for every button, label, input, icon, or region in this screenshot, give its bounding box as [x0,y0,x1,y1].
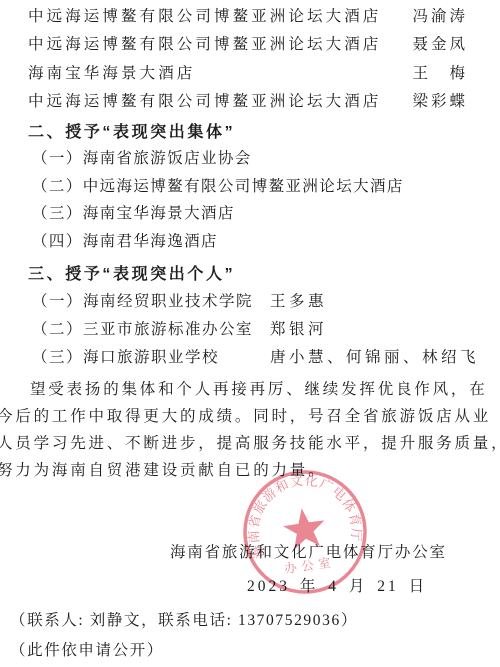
paragraph-line: 望受表扬的集体和个人再接再厉、继续发挥优良作风，在 [0,376,500,403]
award-org: 中远海运博鳌有限公司博鳌亚洲论坛大酒店 [28,3,381,31]
closing-paragraph: 望受表扬的集体和个人再接再厉、继续发挥优良作风，在 今后的工作中取得更大的成绩。… [0,376,500,484]
list-item: （二）中远海运博鳌有限公司博鳌亚洲论坛大酒店 [32,173,404,201]
award-org: 中远海运博鳌有限公司博鳌亚洲论坛大酒店 [28,88,381,116]
item-org: （三）海口旅游职业学校 [32,344,270,372]
contact-note: （联系人: 刘静文，联系电话: 13707529036） [10,606,358,636]
item-person-names: 唐小慧、何锦丽、林绍飞 [270,344,479,372]
list-item: （一）海南经贸职业技术学院 王多惠 [32,288,479,316]
section-three-heading: 三、授予“表现突出个人” [28,266,235,283]
section-two-heading: 二、授予“表现突出集体” [28,124,235,141]
paragraph-line: 今后的工作中取得更大的成绩。同时，号召全省旅游饭店从业 [0,403,500,430]
list-item: （一）海南省旅游饭店业协会 [32,145,404,173]
document-page: 中远海运博鳌有限公司博鳌亚洲论坛大酒店 冯渝涛 中远海运博鳌有限公司博鳌亚洲论坛… [0,0,500,667]
award-person-name: 冯渝涛 [412,3,468,31]
award-org: 中远海运博鳌有限公司博鳌亚洲论坛大酒店 [28,31,381,59]
item-org: （一）海南经贸职业技术学院 [32,288,270,316]
issuer-name: 海南省旅游和文化广电体育厅办公室 [170,544,447,562]
item-org: （二）三亚市旅游标准办公室 [32,316,270,344]
paragraph-line: 人员学习先进、不断进步，提高服务技能水平，提升服务质量， [0,430,500,457]
award-org: 海南宝华海景大酒店 [28,60,195,88]
paragraph-line: 努力为海南自贸港建设贡献自已的力量。 [0,457,500,484]
award-person-name: 聂金凤 [412,31,468,59]
award-row: 海南宝华海景大酒店 王 梅 [28,60,468,88]
award-person-name: 梁彩蝶 [412,88,468,116]
issue-date: 2023 年 4 月 21 日 [247,578,427,596]
award-row: 中远海运博鳌有限公司博鳌亚洲论坛大酒店 冯渝涛 [28,3,468,31]
list-item: （四）海南君华海逸酒店 [32,228,404,256]
section-three-items: （一）海南经贸职业技术学院 王多惠 （二）三亚市旅游标准办公室 郑银河 （三）海… [32,288,479,372]
list-item: （二）三亚市旅游标准办公室 郑银河 [32,316,479,344]
footnotes: （联系人: 刘静文，联系电话: 13707529036） （此件依申请公开） [10,606,358,665]
awarded-individuals-list: 中远海运博鳌有限公司博鳌亚洲论坛大酒店 冯渝涛 中远海运博鳌有限公司博鳌亚洲论坛… [28,3,468,116]
section-two-items: （一）海南省旅游饭店业协会 （二）中远海运博鳌有限公司博鳌亚洲论坛大酒店 （三）… [32,145,404,256]
award-row: 中远海运博鳌有限公司博鳌亚洲论坛大酒店 聂金凤 [28,31,468,59]
disclosure-note: （此件依申请公开） [10,636,358,666]
item-person-names: 王多惠 [270,288,327,316]
list-item: （三）海南宝华海景大酒店 [32,200,404,228]
award-row: 中远海运博鳌有限公司博鳌亚洲论坛大酒店 梁彩蝶 [28,88,468,116]
item-person-names: 郑银河 [270,316,327,344]
award-person-name: 王 梅 [412,60,468,88]
list-item: （三）海口旅游职业学校 唐小慧、何锦丽、林绍飞 [32,344,479,372]
